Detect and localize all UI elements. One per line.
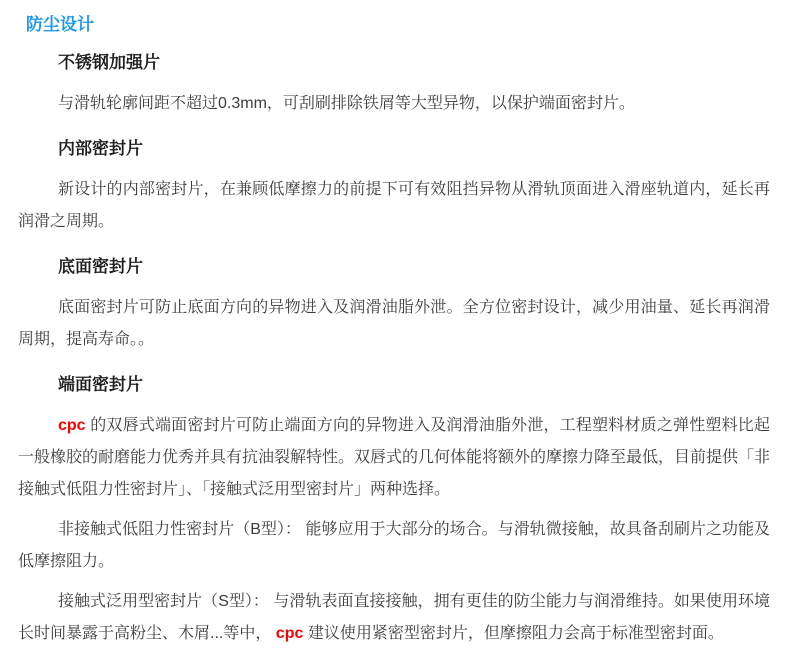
paragraph: 新设计的内部密封片，在兼顾低摩擦力的前提下可有效阻挡异物从滑轨顶面进入滑座轨道内… xyxy=(18,174,770,238)
section-inner-seal: 内部密封片 新设计的内部密封片，在兼顾低摩擦力的前提下可有效阻挡异物从滑轨顶面进… xyxy=(18,139,770,238)
paragraph: cpc 的双唇式端面密封片可防止端面方向的异物进入及润滑油脂外泄，工程塑料材质之… xyxy=(18,410,770,506)
section-heading: 不锈钢加强片 xyxy=(58,53,770,73)
text-segment: 的双唇式端面密封片可防止端面方向的异物进入及润滑油脂外泄，工程塑料材质之弹性塑料… xyxy=(18,417,770,498)
document-page: 防尘设计 不锈钢加强片 与滑轨轮廓间距不超过0.3mm，可刮刷排除铁屑等大型异物… xyxy=(0,0,788,648)
text-segment: 非接触式低阻力性密封片（B型）： 能够应用于大部分的场合。与滑轨微接触，故具备刮… xyxy=(18,521,770,570)
section-heading: 端面密封片 xyxy=(58,375,770,395)
text-segment: 建议使用紧密型密封片，但摩擦阻力会高于标准型密封面。 xyxy=(303,625,723,642)
paragraph: 非接触式低阻力性密封片（B型）： 能够应用于大部分的场合。与滑轨微接触，故具备刮… xyxy=(18,514,770,578)
paragraph: 底面密封片可防止底面方向的异物进入及润滑油脂外泄。全方位密封设计，减少用油量、延… xyxy=(18,292,770,356)
text-segment: 新设计的内部密封片，在兼顾低摩擦力的前提下可有效阻挡异物从滑轨顶面进入滑座轨道内… xyxy=(18,181,770,230)
page-title: 防尘设计 xyxy=(26,16,770,34)
brand-cpc: cpc xyxy=(276,625,304,642)
section-stainless-reinforcement-plate: 不锈钢加强片 与滑轨轮廓间距不超过0.3mm，可刮刷排除铁屑等大型异物，以保护端… xyxy=(18,53,770,120)
section-heading: 内部密封片 xyxy=(58,139,770,159)
text-segment: 底面密封片可防止底面方向的异物进入及润滑油脂外泄。全方位密封设计，减少用油量、延… xyxy=(18,299,770,348)
section-heading: 底面密封片 xyxy=(58,257,770,277)
paragraph: 接触式泛用型密封片（S型）： 与滑轨表面直接接触，拥有更佳的防尘能力与润滑维持。… xyxy=(18,586,770,648)
brand-cpc: cpc xyxy=(58,417,86,434)
section-bottom-seal: 底面密封片 底面密封片可防止底面方向的异物进入及润滑油脂外泄。全方位密封设计，减… xyxy=(18,257,770,356)
paragraph: 与滑轨轮廓间距不超过0.3mm，可刮刷排除铁屑等大型异物，以保护端面密封片。 xyxy=(18,88,770,120)
section-end-seal: 端面密封片 cpc 的双唇式端面密封片可防止端面方向的异物进入及润滑油脂外泄，工… xyxy=(18,375,770,648)
text-segment: 与滑轨轮廓间距不超过0.3mm，可刮刷排除铁屑等大型异物，以保护端面密封片。 xyxy=(58,95,635,112)
